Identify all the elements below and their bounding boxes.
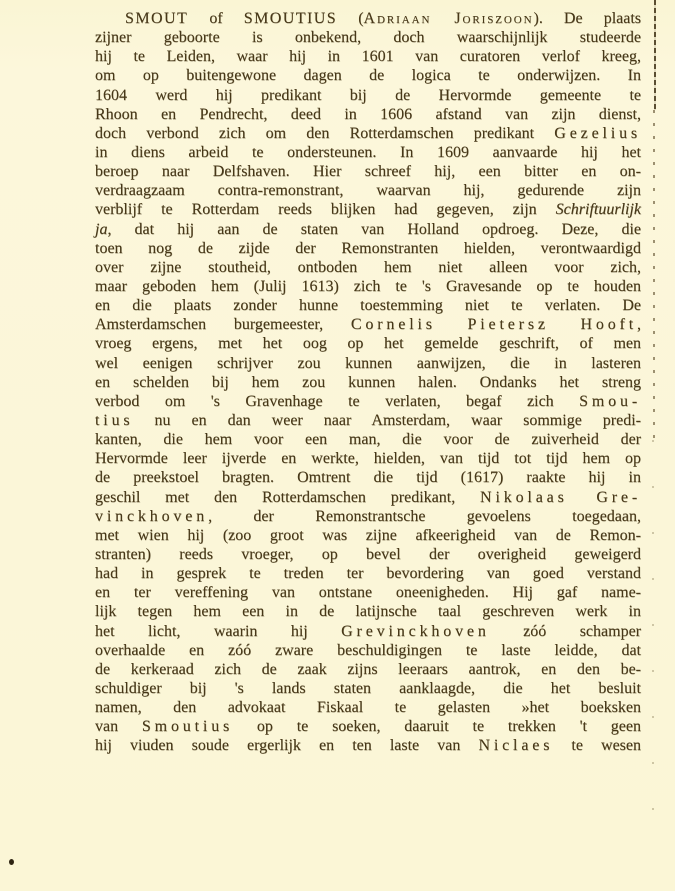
text-segment: 1604 werd hij predikant bij de Hervormde… <box>95 87 641 104</box>
text-segment: , <box>637 316 641 333</box>
text-line: kanten, die hem voor een man, die voor d… <box>95 430 641 449</box>
text-segment: zóó schamper <box>490 623 641 640</box>
text-segment: het licht, waarin hij <box>95 623 341 640</box>
text-segment: en die plaats zonder hunne toestemming n… <box>95 297 641 314</box>
text-segment: verbod om 's Gravenhage te verlaten, beg… <box>95 393 579 410</box>
text-line: Amsterdamschen burgemeester, Cornelis Pi… <box>95 315 641 334</box>
text-segment: op te soeken, daaruit te trekken 't geen <box>233 718 641 735</box>
text-segment: lijk tegen hem een in de latijnsche taal… <box>95 603 641 620</box>
text-line: wel eenigen schrijver zou kunnen aanwijz… <box>95 354 641 373</box>
text-segment: , dat hij aan de staten van Holland opdr… <box>107 221 641 238</box>
text-segment: nu en dan weer naar Amsterdam, waar somm… <box>133 412 641 429</box>
text-line: het licht, waarin hij Grevinckhoven zóó … <box>95 622 641 641</box>
text-line: en die plaats zonder hunne toestemming n… <box>95 296 641 315</box>
text-line: lijk tegen hem een in de latijnsche taal… <box>95 602 641 621</box>
page-text: SMOUT of SMOUTIUS (Adriaan Joriszoon). D… <box>95 9 641 755</box>
text-line: verblijf te Rotterdam reeds blijken had … <box>95 200 641 219</box>
text-line: maar geboden hem (Julij 1613) zich te 's… <box>95 277 641 296</box>
text-segment: ja <box>95 221 107 238</box>
ink-speck <box>9 859 14 865</box>
text-line: over zijne stoutheid, ontboden hem niet … <box>95 258 641 277</box>
text-segment: Hervormde leer ijverde en werkte, hielde… <box>95 450 641 467</box>
text-segment: wel eenigen schrijver zou kunnen aanwijz… <box>95 355 641 372</box>
text-line: doch verbond zich om den Rotterdamschen … <box>95 124 641 143</box>
page-edge-dash-mark-bottom <box>652 440 654 830</box>
text-segment: van <box>95 718 142 735</box>
text-segment: Nikolaas Gre- <box>480 489 641 506</box>
text-line: en ter vereffening van ontstane oneenigh… <box>95 583 641 602</box>
text-segment: vinckhoven <box>95 508 208 525</box>
text-segment: vroeg ergens, met het oog op het gemelde… <box>95 335 641 352</box>
text-line: SMOUT of SMOUTIUS (Adriaan Joriszoon). D… <box>95 9 641 28</box>
text-segment: hij te Leiden, waar hij in 1601 van cura… <box>95 48 641 65</box>
text-line: schuldiger bij 's lands staten aanklaagd… <box>95 679 641 698</box>
text-segment: of <box>188 10 244 27</box>
text-line: en schelden bij hem zou kunnen halen. On… <box>95 373 641 392</box>
text-segment: verdraagzaam contra-remonstrant, waarvan… <box>95 182 641 199</box>
text-line: hij te Leiden, waar hij in 1601 van cura… <box>95 47 641 66</box>
page-edge-dash-mark-middle <box>653 110 655 440</box>
text-segment: Schriftuurlijk <box>556 201 641 218</box>
scanned-page: SMOUT of SMOUTIUS (Adriaan Joriszoon). D… <box>0 0 675 891</box>
text-line: de kerkeraad zich de zaak zijns leeraars… <box>95 660 641 679</box>
text-line: had in gesprek te treden ter bevordering… <box>95 564 641 583</box>
text-segment: Grevinckhoven <box>341 623 490 640</box>
text-line: om op buitengewone dagen de logica te on… <box>95 66 641 85</box>
text-segment: ). De plaats <box>533 10 641 27</box>
text-segment: , der Remonstrantsche gevoelens toegedaa… <box>208 508 641 525</box>
text-segment: Adriaan Joriszoon <box>364 10 534 27</box>
text-segment: de preekstoel bragten. Omtrent die tijd … <box>95 469 641 486</box>
text-line: van Smoutius op te soeken, daaruit te tr… <box>95 717 641 736</box>
text-line: vinckhoven, der Remonstrantsche gevoelen… <box>95 507 641 526</box>
text-segment: te wesen <box>553 737 641 754</box>
text-line: Hervormde leer ijverde en werkte, hielde… <box>95 449 641 468</box>
text-segment: toen nog de zijde der Remonstranten hiel… <box>95 240 641 257</box>
text-line: stranten) reeds vroeger, op bevel der ov… <box>95 545 641 564</box>
text-segment: en schelden bij hem zou kunnen halen. On… <box>95 374 641 391</box>
text-segment: met wien hij (zoo groot was zijne afkeer… <box>95 527 641 544</box>
text-line: zijner geboorte is onbekend, doch waarsc… <box>95 28 641 47</box>
text-segment: geschil met den Rotterdamschen predikant… <box>95 489 480 506</box>
page-edge-dash-mark-top <box>654 0 656 110</box>
text-segment: Smoutius <box>142 718 233 735</box>
text-segment: namen, den advokaat Fiskaal te gelasten … <box>95 699 641 716</box>
text-segment: SMOUT <box>125 10 188 27</box>
text-segment: over zijne stoutheid, ontboden hem niet … <box>95 259 641 276</box>
text-line: vroeg ergens, met het oog op het gemelde… <box>95 334 641 353</box>
text-line: verbod om 's Gravenhage te verlaten, beg… <box>95 392 641 411</box>
text-segment: overhaalde en zóó zware beschuldigingen … <box>95 642 641 659</box>
text-line: 1604 werd hij predikant bij de Hervormde… <box>95 86 641 105</box>
text-segment: beroep naar Delfshaven. Hier schreef hij… <box>95 163 641 180</box>
text-segment: had in gesprek te treden ter bevordering… <box>95 565 641 582</box>
text-segment: om op buitengewone dagen de logica te on… <box>95 67 641 84</box>
text-segment: de kerkeraad zich de zaak zijns leeraars… <box>95 661 641 678</box>
text-segment: en ter vereffening van ontstane oneenigh… <box>95 584 641 601</box>
text-line: met wien hij (zoo groot was zijne afkeer… <box>95 526 641 545</box>
text-line: geschil met den Rotterdamschen predikant… <box>95 488 641 507</box>
text-segment: schuldiger bij 's lands staten aanklaagd… <box>95 680 641 697</box>
text-segment: Amsterdamschen burgemeester, <box>95 316 351 333</box>
text-segment: tius <box>95 412 133 429</box>
text-line: ja, dat hij aan de staten van Holland op… <box>95 220 641 239</box>
text-segment: doch verbond zich om den Rotterdamschen … <box>95 125 554 142</box>
text-segment: SMOUTIUS <box>244 10 337 27</box>
text-line: toen nog de zijde der Remonstranten hiel… <box>95 239 641 258</box>
text-segment: Rhoon en Pendrecht, deed in 1606 afstand… <box>95 106 641 123</box>
text-segment: in diens arbeid te ondersteunen. In 1609… <box>95 144 641 161</box>
text-line: tius nu en dan weer naar Amsterdam, waar… <box>95 411 641 430</box>
text-line: overhaalde en zóó zware beschuldigingen … <box>95 641 641 660</box>
text-segment: verblijf te Rotterdam reeds blijken had … <box>95 201 556 218</box>
text-segment: zijner geboorte is onbekend, doch waarsc… <box>95 29 641 46</box>
text-segment: kanten, die hem voor een man, die voor d… <box>95 431 641 448</box>
text-segment: Niclaes <box>478 737 553 754</box>
text-segment: Cornelis Pietersz Hooft <box>351 316 637 333</box>
text-segment: Smou- <box>579 393 641 410</box>
text-line: verdraagzaam contra-remonstrant, waarvan… <box>95 181 641 200</box>
text-line: Rhoon en Pendrecht, deed in 1606 afstand… <box>95 105 641 124</box>
text-segment: Gezelius <box>554 125 641 142</box>
text-line: in diens arbeid te ondersteunen. In 1609… <box>95 143 641 162</box>
text-line: namen, den advokaat Fiskaal te gelasten … <box>95 698 641 717</box>
text-segment: ( <box>337 10 363 27</box>
text-line: hij viuden soude ergerlijk en ten laste … <box>95 736 641 755</box>
text-segment: stranten) reeds vroeger, op bevel der ov… <box>95 546 641 563</box>
text-line: beroep naar Delfshaven. Hier schreef hij… <box>95 162 641 181</box>
text-segment: maar geboden hem (Julij 1613) zich te 's… <box>95 278 641 295</box>
text-line: de preekstoel bragten. Omtrent die tijd … <box>95 468 641 487</box>
text-segment: hij viuden soude ergerlijk en ten laste … <box>95 737 478 754</box>
